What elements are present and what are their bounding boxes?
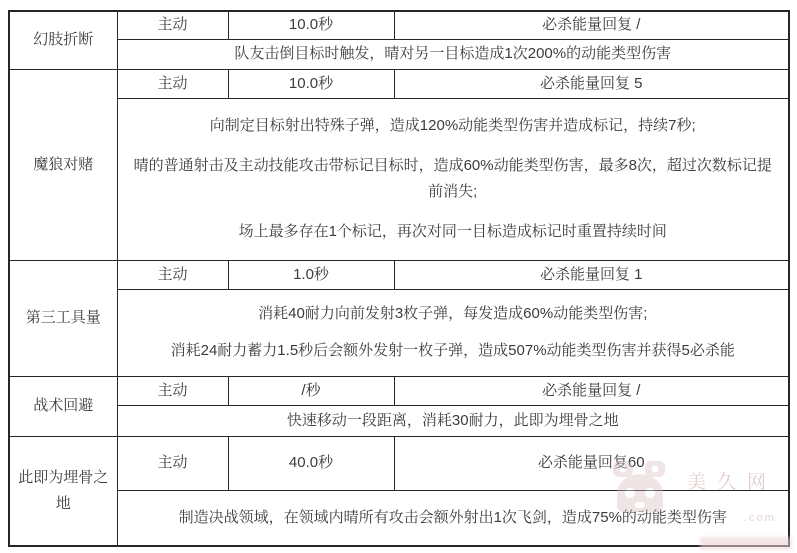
skill-energy-cell: 必杀能量回复 / — [394, 376, 789, 405]
skill-description-row: 消耗40耐力向前发射3枚子弹，每发造成60%动能类型伤害; 消耗24耐力蓄力1.… — [9, 289, 789, 376]
skill-name-cell: 战术回避 — [9, 376, 117, 436]
skill-description-cell: 消耗40耐力向前发射3枚子弹，每发造成60%动能类型伤害; 消耗24耐力蓄力1.… — [117, 289, 789, 376]
skill-table: 幻肢折断 主动 10.0秒 必杀能量回复 / 队友击倒目标时触发，晴对另一目标造… — [8, 10, 790, 547]
skill-energy-cell: 必杀能量回复 1 — [394, 260, 789, 289]
skill-cooldown-cell: /秒 — [228, 376, 394, 405]
skill-description-paragraph: 晴的普通射击及主动技能攻击带标记目标时，造成60%动能类型伤害，最多8次，超过次… — [129, 153, 777, 205]
skill-name-cell: 幻肢折断 — [9, 11, 117, 69]
skill-description-paragraph: 消耗24耐力蓄力1.5秒后会额外发射一枚子弹，造成507%动能类型伤害并获得5必… — [171, 338, 735, 364]
skill-row: 战术回避 主动 /秒 必杀能量回复 / — [9, 376, 789, 405]
skill-name-cell: 魔狼对赌 — [9, 69, 117, 260]
skill-energy-cell: 必杀能量回复60 — [394, 436, 789, 490]
skill-description-cell: 向制定目标射出特殊子弹，造成120%动能类型伤害并造成标记，持续7秒; 晴的普通… — [117, 98, 789, 260]
skill-description-cell: 制造决战领域，在领域内晴所有攻击会额外射出1次飞剑，造成75%的动能类型伤害 — [117, 490, 789, 546]
skill-description-paragraph: 消耗40耐力向前发射3枚子弹，每发造成60%动能类型伤害; — [258, 301, 647, 327]
skill-type-cell: 主动 — [117, 260, 228, 289]
skill-energy-cell: 必杀能量回复 / — [394, 11, 789, 39]
skill-cooldown-cell: 10.0秒 — [228, 11, 394, 39]
skill-cooldown-cell: 10.0秒 — [228, 69, 394, 98]
skill-row: 幻肢折断 主动 10.0秒 必杀能量回复 / — [9, 11, 789, 39]
skill-type-cell: 主动 — [117, 436, 228, 490]
skill-row: 第三工具量 主动 1.0秒 必杀能量回复 1 — [9, 260, 789, 289]
skill-description-row: 队友击倒目标时触发，晴对另一目标造成1次200%的动能类型伤害 — [9, 39, 789, 69]
skill-description-row: 制造决战领域，在领域内晴所有攻击会额外射出1次飞剑，造成75%的动能类型伤害 — [9, 490, 789, 546]
skill-energy-cell: 必杀能量回复 5 — [394, 69, 789, 98]
skill-description-cell: 队友击倒目标时触发，晴对另一目标造成1次200%的动能类型伤害 — [117, 39, 789, 69]
skill-type-cell: 主动 — [117, 376, 228, 405]
skill-description-paragraph: 向制定目标射出特殊子弹，造成120%动能类型伤害并造成标记，持续7秒; — [210, 113, 696, 139]
skill-description-row: 快速移动一段距离，消耗30耐力，此即为埋骨之地 — [9, 405, 789, 436]
skill-row: 此即为埋骨之地 主动 40.0秒 必杀能量回复60 — [9, 436, 789, 490]
skill-description-paragraph: 场上最多存在1个标记，再次对同一目标造成标记时重置持续时间 — [239, 219, 667, 245]
skill-type-cell: 主动 — [117, 11, 228, 39]
skill-row: 魔狼对赌 主动 10.0秒 必杀能量回复 5 — [9, 69, 789, 98]
skill-cooldown-cell: 40.0秒 — [228, 436, 394, 490]
skill-type-cell: 主动 — [117, 69, 228, 98]
skill-name-cell: 此即为埋骨之地 — [9, 436, 117, 546]
skill-name-cell: 第三工具量 — [9, 260, 117, 376]
skill-cooldown-cell: 1.0秒 — [228, 260, 394, 289]
skill-description-row: 向制定目标射出特殊子弹，造成120%动能类型伤害并造成标记，持续7秒; 晴的普通… — [9, 98, 789, 260]
skill-description-cell: 快速移动一段距离，消耗30耐力，此即为埋骨之地 — [117, 405, 789, 436]
